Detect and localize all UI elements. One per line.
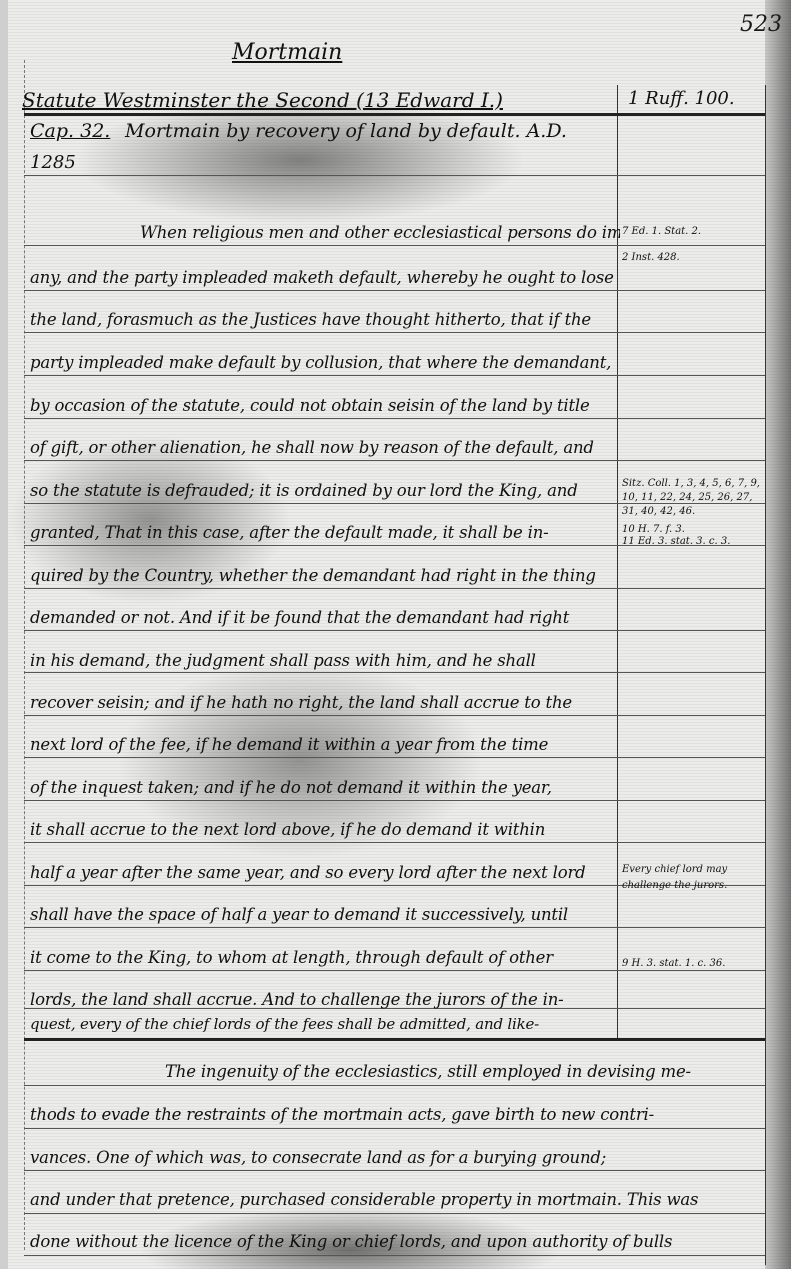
ruled-line [24,375,765,376]
body-line: any, and the party impleaded maketh defa… [30,268,620,287]
margin-note: 31, 40, 42, 46. [622,506,762,517]
margin-note: 10 H. 7. f. 3. [622,524,762,535]
reference-ruff: 1 Ruff. 100. [628,88,735,109]
body-line: demanded or not. And if it be found that… [30,608,620,627]
body-line: next lord of the fee, if he demand it wi… [30,735,620,754]
ruled-line [24,927,765,928]
statute-heading: Statute Westminster the Second (13 Edwar… [22,88,503,112]
ruled-line [24,1213,765,1214]
chapter-year: 1285 [30,152,76,173]
body-line: quest, every of the chief lords of the f… [30,1015,620,1033]
body-line: lords, the land shall accrue. And to cha… [30,990,620,1009]
scan-shadow [765,0,791,1269]
body-line: shall have the space of half a year to d… [30,905,620,924]
paragraph-line: and under that pretence, purchased consi… [30,1190,760,1209]
left-margin-rule [24,60,25,1250]
section-divider [24,1038,765,1041]
chapter-label: Cap. 32. [30,120,110,142]
body-line: it come to the King, to whom at length, … [30,948,620,967]
ruled-line [24,290,765,291]
body-line: of gift, or other alienation, he shall n… [30,438,620,457]
ruled-line [24,588,765,589]
margin-note: 11 Ed. 3. stat. 3. c. 3. [622,536,762,547]
body-line: granted, That in this case, after the de… [30,523,620,542]
paragraph-line: thods to evade the restraints of the mor… [30,1105,760,1124]
chapter-title: Mortmain by recovery of land by default.… [125,120,567,142]
body-line: half a year after the same year, and so … [30,863,620,882]
ruled-line [24,800,765,801]
ruled-line [24,630,765,631]
margin-note: Every chief lord may [622,864,762,875]
paragraph-line: vances. One of which was, to consecrate … [30,1148,760,1167]
body-line: by occasion of the statute, could not ob… [30,396,620,415]
ruled-line [24,1255,765,1256]
ruled-line [24,842,765,843]
ruled-line [24,175,765,176]
margin-note: 10, 11, 22, 24, 25, 26, 27, [622,492,762,503]
ruled-line [24,503,765,504]
ruled-line [24,418,765,419]
body-line: in his demand, the judgment shall pass w… [30,651,620,670]
body-line: quired by the Country, whether the deman… [30,566,620,585]
ruled-line [24,460,765,461]
body-line: When religious men and other ecclesiasti… [140,223,620,242]
margin-note: Sitz. Coll. 1, 3, 4, 5, 6, 7, 9, [622,478,762,489]
margin-note: 9 H. 3. stat. 1. c. 36. [622,958,762,969]
heading-rule [24,113,765,116]
ruled-line [24,1085,765,1086]
ruled-line [24,245,765,246]
ruled-line [24,672,765,673]
paragraph-line: The ingenuity of the ecclesiastics, stil… [165,1062,765,1081]
body-line: party impleaded make default by collusio… [30,353,620,372]
ruled-line [24,1128,765,1129]
paragraph-line: done without the licence of the King or … [30,1232,760,1251]
body-line: recover seisin; and if he hath no right,… [30,693,620,712]
page-left-edge [0,0,8,1269]
body-line: the land, forasmuch as the Justices have… [30,310,620,329]
document-title: Mortmain [232,40,342,65]
manuscript-page: 523 Mortmain Statute Westminster the Sec… [0,0,791,1269]
ruled-line [24,970,765,971]
body-line: of the inquest taken; and if he do not d… [30,778,620,797]
margin-note: challenge the jurors. [622,880,762,891]
ruled-line [24,715,765,716]
page-number: 523 [740,12,782,37]
margin-note: 2 Inst. 428. [622,252,762,263]
ruled-line [24,757,765,758]
ruled-line [24,332,765,333]
body-line: it shall accrue to the next lord above, … [30,820,620,839]
body-line: so the statute is defrauded; it is ordai… [30,481,620,500]
ruled-line [24,1170,765,1171]
margin-note: 7 Ed. 1. Stat. 2. [622,226,762,237]
